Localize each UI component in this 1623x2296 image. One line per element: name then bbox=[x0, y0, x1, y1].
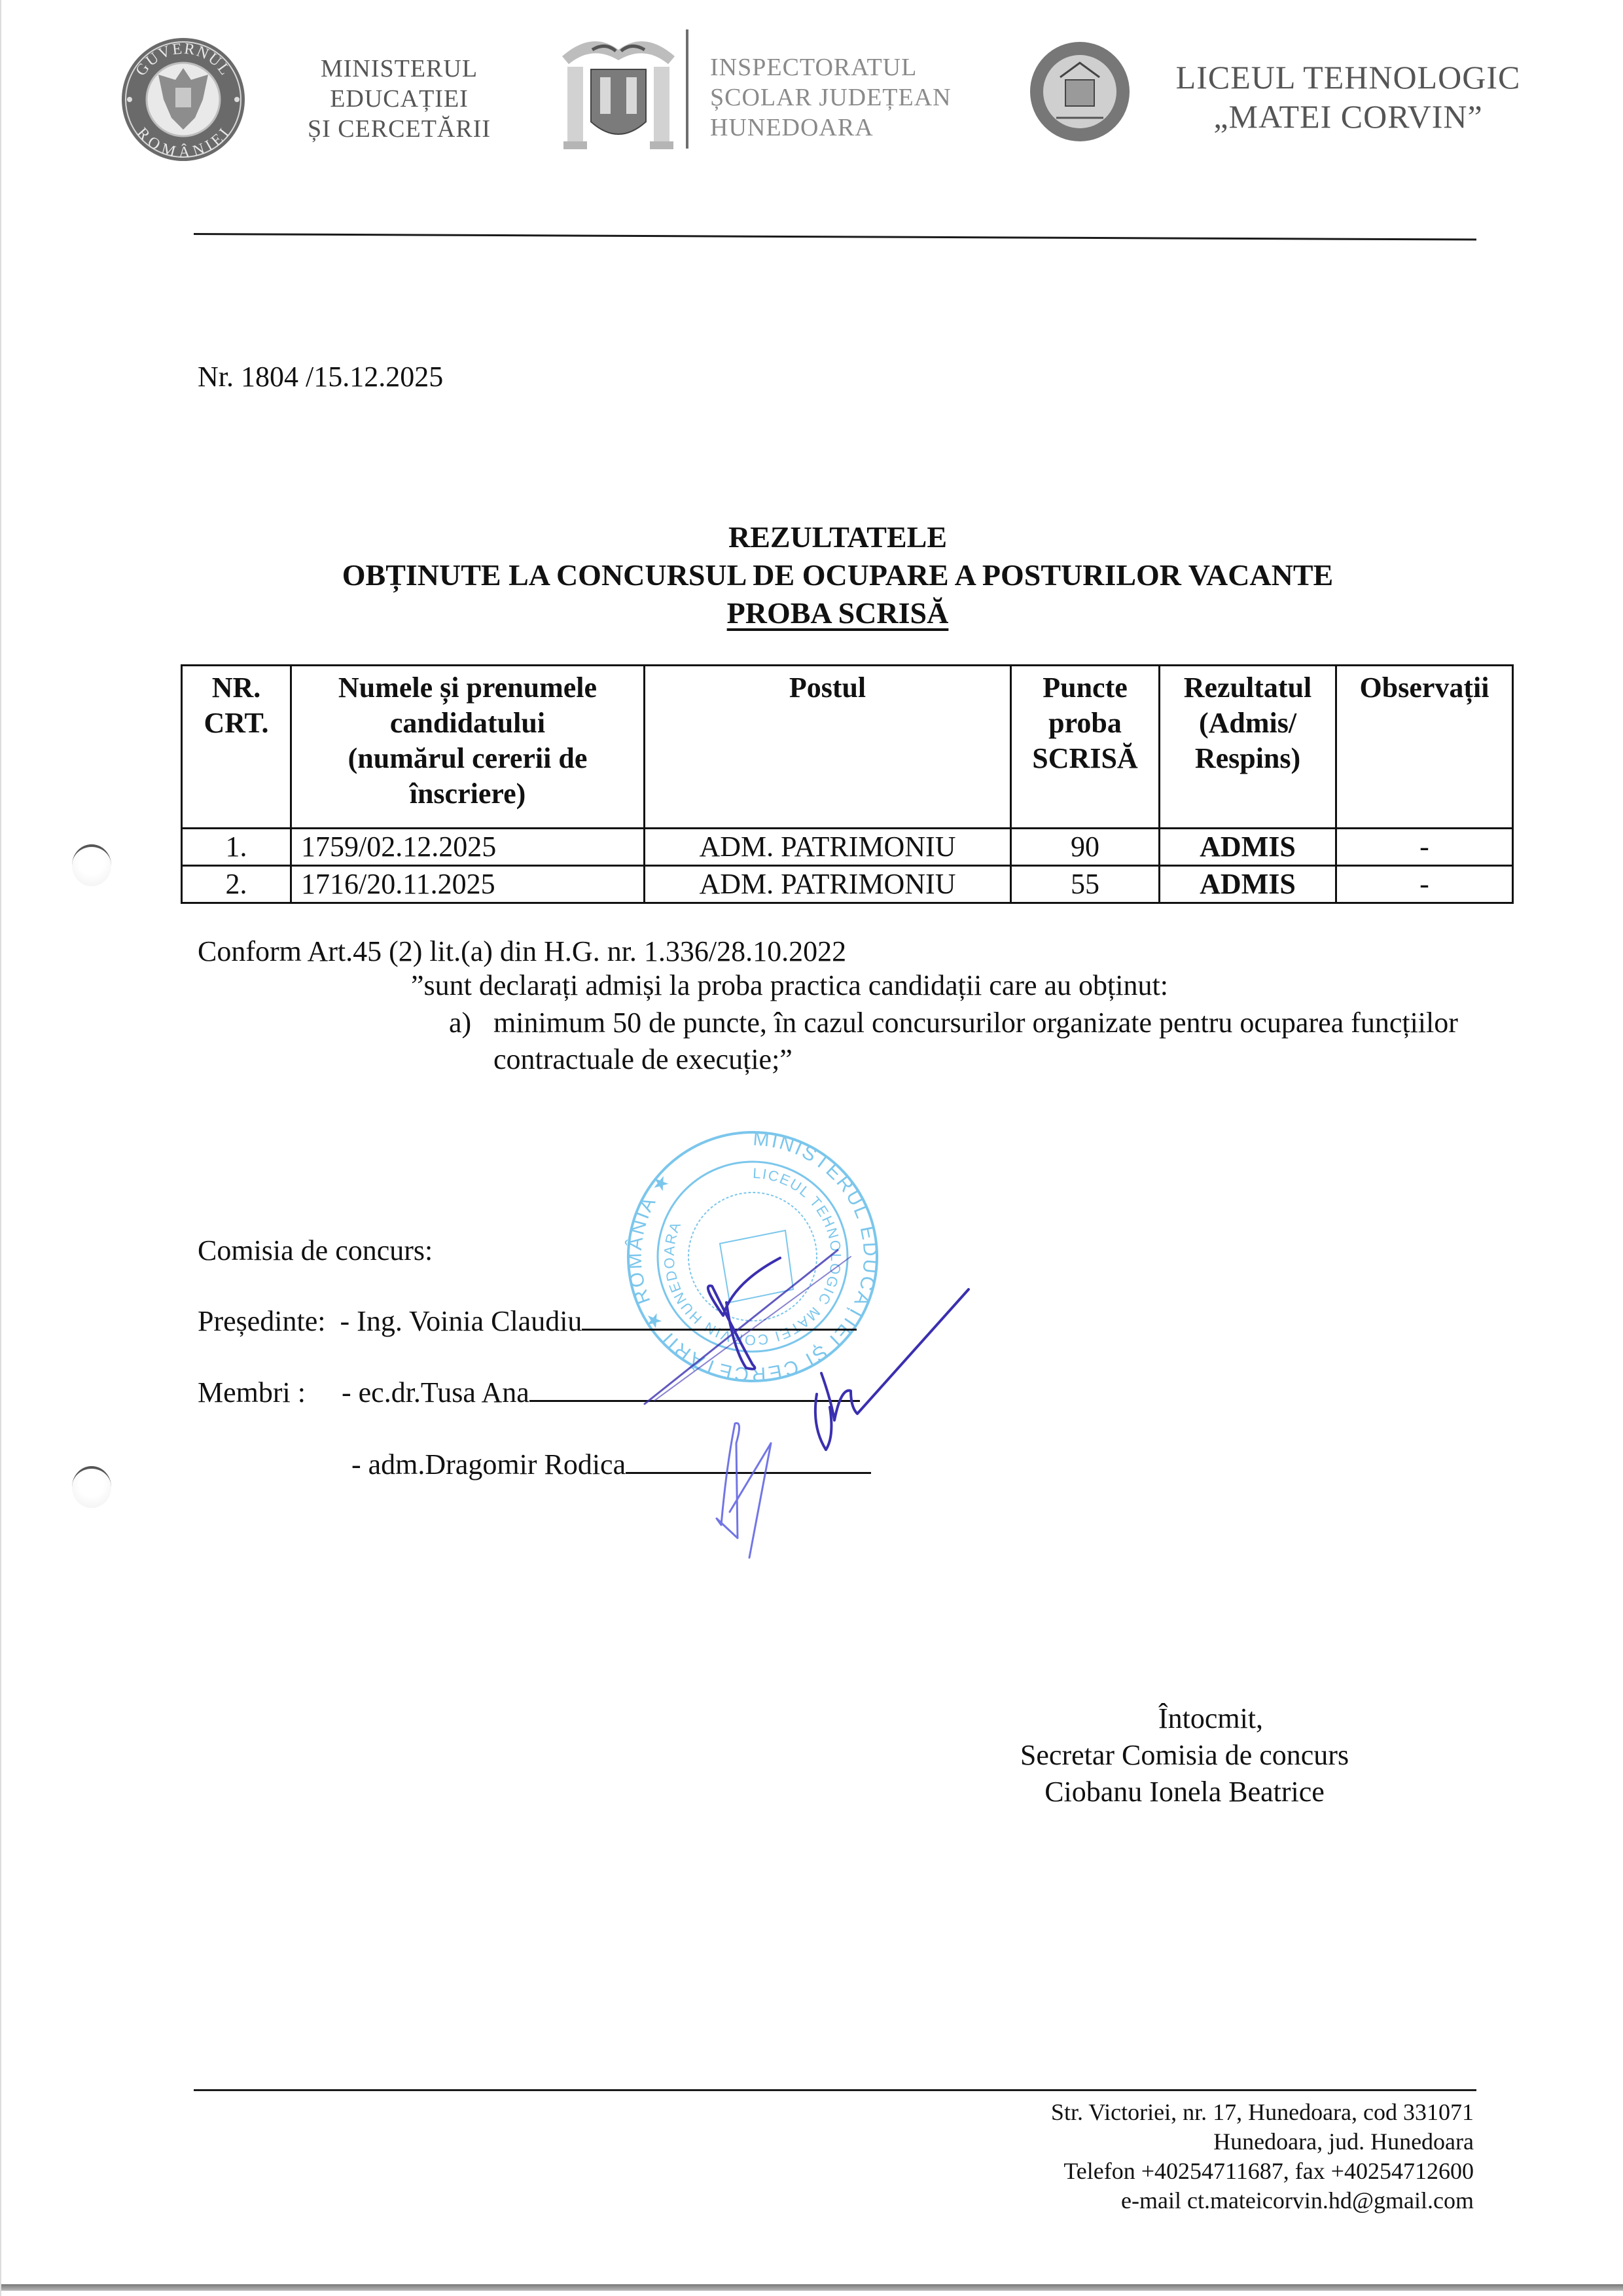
guvernul-romaniei-seal-icon: GUVERNUL ROMÂNIEI bbox=[118, 34, 249, 165]
col-header-notes: Observații bbox=[1336, 666, 1513, 829]
title-subtitle: PROBA SCRISĂ bbox=[727, 596, 949, 630]
president-name: - Ing. Voinia Claudiu bbox=[340, 1305, 582, 1337]
signature-row-member-2: - adm.Dragomir Rodica bbox=[351, 1448, 871, 1481]
inspectorate-name: INSPECTORATUL ȘCOLAR JUDEȚEAN HUNEDOARA bbox=[710, 52, 991, 143]
cell-post: ADM. PATRIMONIU bbox=[645, 866, 1011, 903]
table-row: 1. 1759/02.12.2025 ADM. PATRIMONIU 90 AD… bbox=[182, 829, 1513, 866]
title-line-2: OBȚINUTE LA CONCURSUL DE OCUPARE A POSTU… bbox=[196, 556, 1479, 594]
header-divider bbox=[686, 29, 688, 149]
prepared-by-role: Secretar Comisia de concurs bbox=[955, 1737, 1414, 1774]
signature-line bbox=[529, 1399, 860, 1402]
ministry-name: MINISTERUL EDUCAȚIEI ȘI CERCETĂRII bbox=[288, 54, 510, 144]
prepared-by-name: Ciobanu Ionela Beatrice bbox=[955, 1774, 1414, 1810]
footer-phone: Telefon +40254711687, fax +40254712600 bbox=[851, 2157, 1474, 2186]
col-header-points: PuncteprobaSCRISĂ bbox=[1011, 666, 1160, 829]
footer-city: Hunedoara, jud. Hunedoara bbox=[851, 2127, 1474, 2157]
document-title: REZULTATELE OBȚINUTE LA CONCURSUL DE OCU… bbox=[196, 518, 1479, 632]
table-row: 2. 1716/20.11.2025 ADM. PATRIMONIU 55 AD… bbox=[182, 866, 1513, 903]
list-text: minimum 50 de puncte, în cazul concursur… bbox=[493, 1005, 1483, 1078]
official-stamp-icon: MINISTERUL EDUCAȚIEI ȘI CERCETĂRII ★ ROM… bbox=[622, 1126, 883, 1391]
cell-nr: 2. bbox=[182, 866, 291, 903]
cell-result: ADMIS bbox=[1160, 866, 1336, 903]
signature-line bbox=[626, 1471, 871, 1474]
col-header-candidate: Numele și prenumelecandidatului (numărul… bbox=[291, 666, 645, 829]
footer-email[interactable]: e-mail ct.mateicorvin.hd@gmail.com bbox=[851, 2186, 1474, 2215]
scan-edge-shadow bbox=[0, 2284, 1623, 2291]
header-rule bbox=[194, 233, 1476, 241]
commission-label: Comisia de concurs: bbox=[198, 1234, 433, 1267]
table-header-row: NR.CRT. Numele și prenumelecandidatului … bbox=[182, 666, 1513, 829]
cell-candidate: 1759/02.12.2025 bbox=[291, 829, 645, 866]
prepared-by-label: Întocmit, bbox=[955, 1700, 1414, 1737]
document-number: Nr. 1804 /15.12.2025 bbox=[198, 360, 443, 393]
footer-contact: Str. Victoriei, nr. 17, Hunedoara, cod 3… bbox=[851, 2098, 1474, 2215]
scan-left-edge bbox=[0, 0, 1, 2296]
results-table: NR.CRT. Numele și prenumelecandidatului … bbox=[181, 664, 1514, 904]
cell-candidate: 1716/20.11.2025 bbox=[291, 866, 645, 903]
role-president: Președinte: bbox=[198, 1305, 326, 1337]
cell-notes: - bbox=[1336, 866, 1513, 903]
school-name: LICEUL TEHNOLOGIC „MATEI CORVIN” bbox=[1152, 58, 1544, 136]
signature-line bbox=[582, 1328, 857, 1331]
cell-result: ADMIS bbox=[1160, 829, 1336, 866]
punch-hole-icon bbox=[72, 844, 111, 886]
list-marker: a) bbox=[449, 1005, 471, 1041]
title-line-1: REZULTATELE bbox=[196, 518, 1479, 556]
col-header-result: Rezultatul(Admis/Respins) bbox=[1160, 666, 1336, 829]
signature-row-president: Președinte: - Ing. Voinia Claudiu bbox=[198, 1304, 857, 1338]
legal-reference: Conform Art.45 (2) lit.(a) din H.G. nr. … bbox=[198, 935, 846, 968]
col-header-nr: NR.CRT. bbox=[182, 666, 291, 829]
isj-hunedoara-emblem-icon bbox=[553, 30, 684, 154]
legal-list-item: a) minimum 50 de puncte, în cazul concur… bbox=[449, 1005, 1483, 1078]
legal-quote: ”sunt declarați admiși la proba practica… bbox=[411, 969, 1168, 1002]
liceul-matei-corvin-seal-icon bbox=[1027, 39, 1132, 144]
punch-hole-icon bbox=[72, 1466, 111, 1508]
role-members: Membri : bbox=[198, 1376, 306, 1408]
col-header-post: Postul bbox=[645, 666, 1011, 829]
prepared-by-block: Întocmit, Secretar Comisia de concurs Ci… bbox=[955, 1700, 1414, 1810]
cell-points: 90 bbox=[1011, 829, 1160, 866]
signature-row-member-1: Membri : - ec.dr.Tusa Ana bbox=[198, 1376, 860, 1409]
cell-notes: - bbox=[1336, 829, 1513, 866]
cell-points: 55 bbox=[1011, 866, 1160, 903]
footer-address: Str. Victoriei, nr. 17, Hunedoara, cod 3… bbox=[851, 2098, 1474, 2127]
footer-rule bbox=[194, 2089, 1476, 2091]
cell-nr: 1. bbox=[182, 829, 291, 866]
member-2-name: - adm.Dragomir Rodica bbox=[351, 1448, 626, 1480]
cell-post: ADM. PATRIMONIU bbox=[645, 829, 1011, 866]
member-1-name: - ec.dr.Tusa Ana bbox=[342, 1376, 529, 1408]
